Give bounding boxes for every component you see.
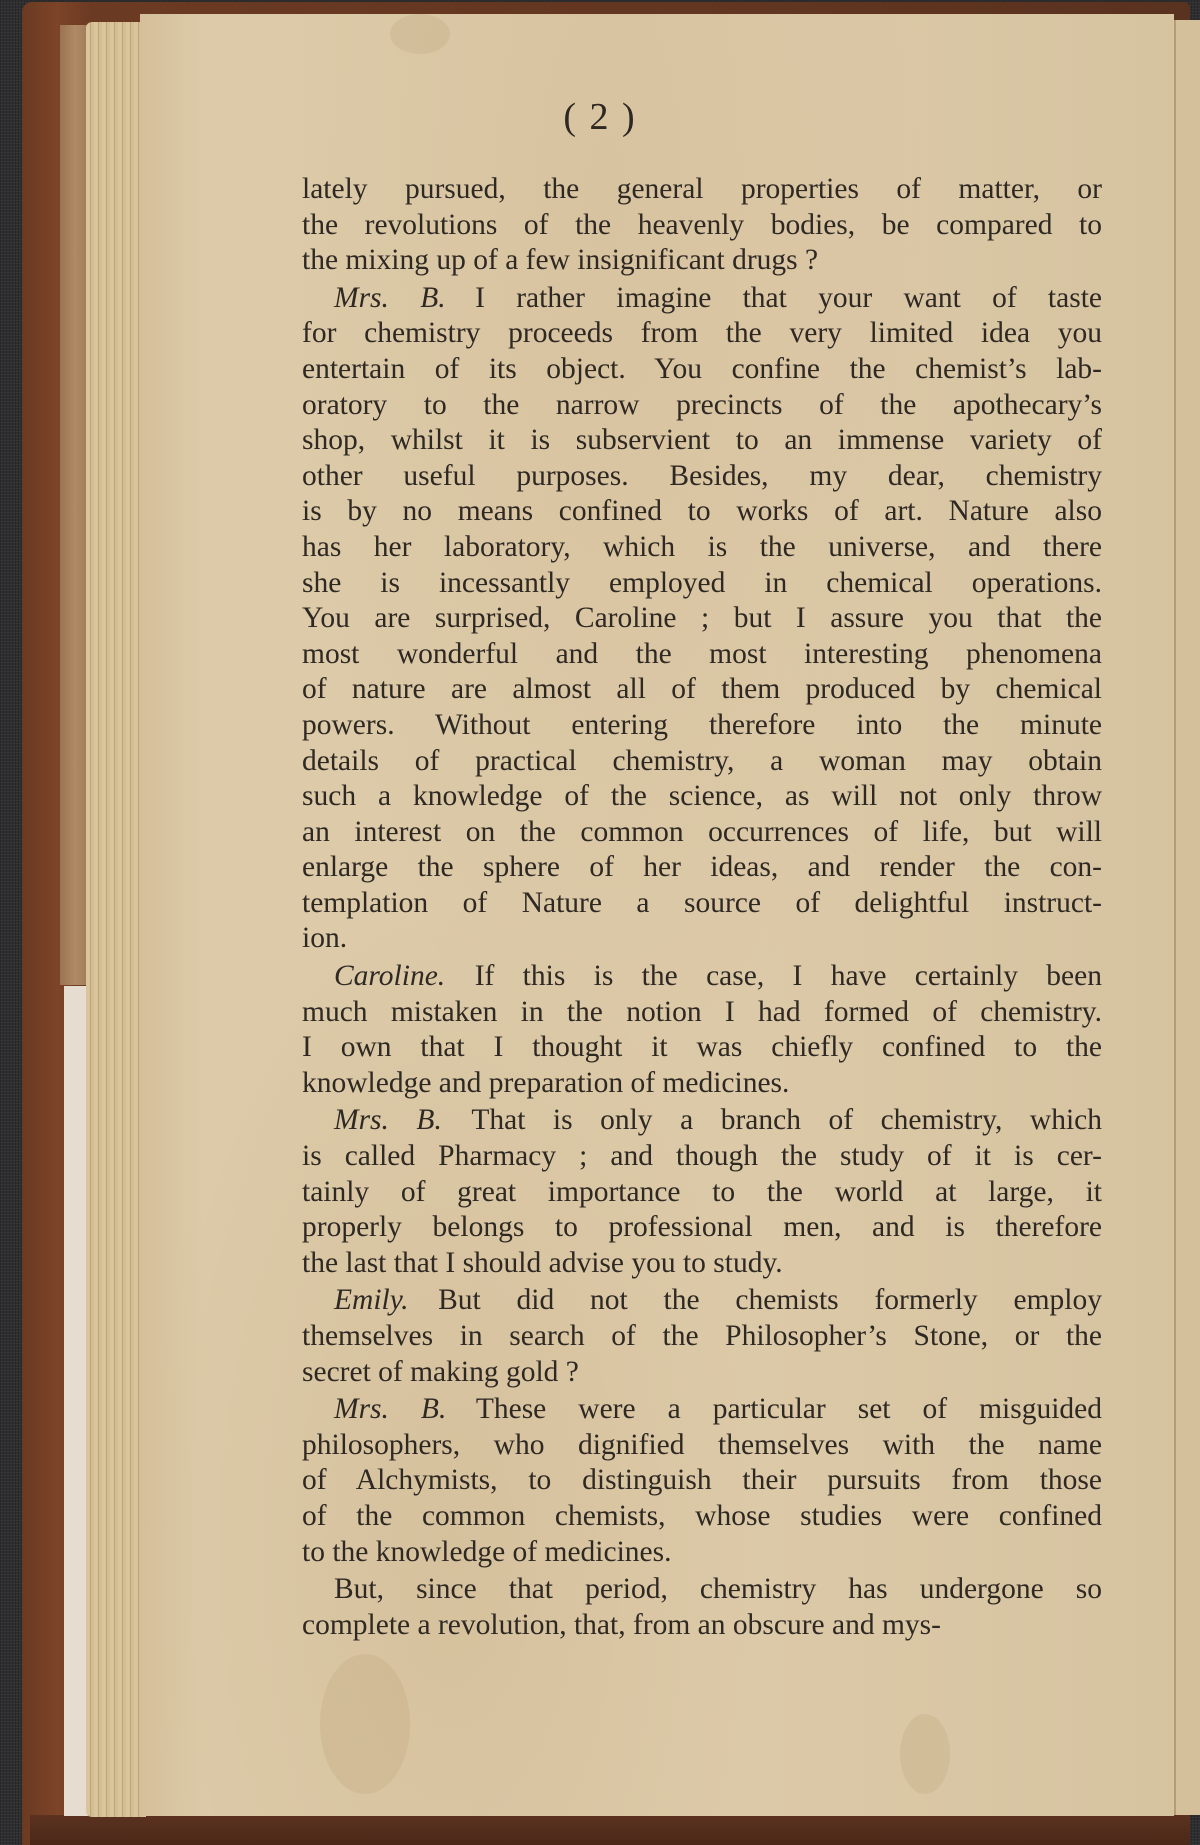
page-edges — [86, 22, 146, 1817]
text-line: for chemistry proceeds from the very lim… — [302, 316, 1102, 352]
adjacent-page-edge — [1174, 20, 1200, 1815]
text-line: of nature are almost all of them produce… — [302, 672, 1102, 708]
text-line: entertain of its object. You confine the… — [302, 352, 1102, 388]
text-line: Emily. But did not the chemists formerly… — [302, 1283, 1102, 1319]
text-line: such a knowledge of the science, as will… — [302, 779, 1102, 815]
text-line: the mixing up of a few insignificant dru… — [302, 243, 1102, 279]
text-line: secret of making gold ? — [302, 1355, 1102, 1391]
page-number: ( 2 ) — [0, 95, 1200, 139]
text-line: You are surprised, Caroline ; but I assu… — [302, 601, 1102, 637]
paper-stain — [900, 1714, 950, 1794]
text-line: is by no means confined to works of art.… — [302, 494, 1102, 530]
paragraph: lately pursued, the general properties o… — [302, 172, 1102, 279]
text-line: to the knowledge of medicines. — [302, 1535, 1102, 1571]
speaker-name: Mrs. B. — [334, 1104, 442, 1136]
speaker-name: Mrs. B. — [334, 1393, 446, 1425]
paragraph: Mrs. B. I rather imagine that your want … — [302, 281, 1102, 957]
body-text: lately pursued, the general properties o… — [302, 172, 1102, 1643]
text-line: other useful purposes. Besides, my dear,… — [302, 459, 1102, 495]
paragraph: Caroline. If this is the case, I have ce… — [302, 959, 1102, 1101]
text-line: complete a revolution, that, from an obs… — [302, 1608, 1102, 1644]
text-line: she is incessantly employed in chemical … — [302, 566, 1102, 602]
white-paper-strip — [64, 986, 88, 1816]
text-line: templation of Nature a source of delight… — [302, 886, 1102, 922]
speaker-name: Caroline. — [334, 960, 445, 992]
speaker-name: Mrs. B. — [334, 282, 446, 314]
text-line: the last that I should advise you to stu… — [302, 1246, 1102, 1282]
text-line: is called Pharmacy ; and though the stud… — [302, 1139, 1102, 1175]
text-line: philosophers, who dignified themselves w… — [302, 1428, 1102, 1464]
text-line: powers. Without entering therefore into … — [302, 708, 1102, 744]
text-line: I own that I thought it was chiefly conf… — [302, 1030, 1102, 1066]
text-line: has her laboratory, which is the univers… — [302, 530, 1102, 566]
text-line: the revolutions of the heavenly bodies, … — [302, 208, 1102, 244]
text-line: knowledge and preparation of medicines. — [302, 1066, 1102, 1102]
speaker-name: Emily. — [334, 1284, 409, 1316]
text-line: properly belongs to professional men, an… — [302, 1210, 1102, 1246]
text-line: details of practical chemistry, a woman … — [302, 744, 1102, 780]
text-line: most wonderful and the most interesting … — [302, 637, 1102, 673]
text-line: themselves in search of the Philosopher’… — [302, 1319, 1102, 1355]
paper-stain — [390, 14, 450, 54]
paragraph: Mrs. B. These were a particular set of m… — [302, 1392, 1102, 1570]
paragraph: But, since that period, chemistry has un… — [302, 1572, 1102, 1643]
text-line: shop, whilst it is subservient to an imm… — [302, 423, 1102, 459]
text-line: Mrs. B. These were a particular set of m… — [302, 1392, 1102, 1428]
text-line: much mistaken in the notion I had formed… — [302, 995, 1102, 1031]
text-line: lately pursued, the general properties o… — [302, 172, 1102, 208]
text-line: ion. — [302, 921, 1102, 957]
text-line: Mrs. B. I rather imagine that your want … — [302, 281, 1102, 317]
text-line: of the common chemists, whose studies we… — [302, 1499, 1102, 1535]
text-line: Mrs. B. That is only a branch of chemist… — [302, 1103, 1102, 1139]
leather-cover-bottom-edge — [30, 1815, 1190, 1845]
text-line: of Alchymists, to distinguish their purs… — [302, 1463, 1102, 1499]
text-line: Caroline. If this is the case, I have ce… — [302, 959, 1102, 995]
paragraph: Emily. But did not the chemists formerly… — [302, 1283, 1102, 1390]
text-line: enlarge the sphere of her ideas, and ren… — [302, 850, 1102, 886]
text-line: tainly of great importance to the world … — [302, 1175, 1102, 1211]
text-line: But, since that period, chemistry has un… — [302, 1572, 1102, 1608]
text-line: oratory to the narrow precincts of the a… — [302, 388, 1102, 424]
paragraph: Mrs. B. That is only a branch of chemist… — [302, 1103, 1102, 1281]
text-line: an interest on the common occurrences of… — [302, 815, 1102, 851]
paper-stain — [320, 1654, 410, 1794]
